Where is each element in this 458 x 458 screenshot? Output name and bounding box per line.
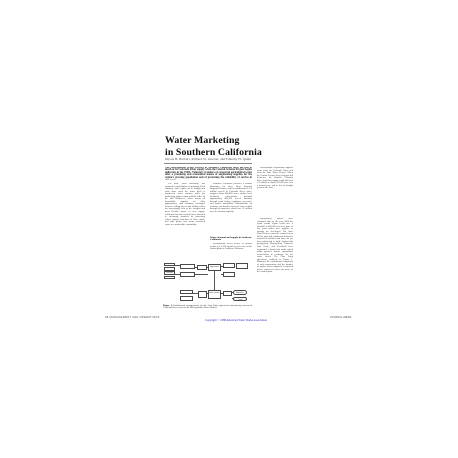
figure-box: MWD bbox=[223, 263, 235, 268]
paragraph: Independent studies have estimated that … bbox=[257, 218, 293, 274]
body-column-1: The term “water marketing” has acquired … bbox=[165, 183, 205, 257]
paragraph: Southern California provides a natural l… bbox=[210, 183, 252, 214]
journal-page: Water Marketing in Southern California M… bbox=[0, 0, 458, 458]
abstract-deck: The Metropolitan Water District of South… bbox=[165, 167, 252, 181]
footer-journal-name: JOURNAL AWWA bbox=[330, 316, 348, 319]
figure-box: USBR bbox=[197, 265, 207, 270]
figure-box: IID bbox=[223, 291, 232, 296]
figure-box: Growers bbox=[164, 267, 175, 270]
figure-box: MWD bbox=[198, 291, 207, 298]
paragraph: The term “water marketing” has acquired … bbox=[165, 183, 205, 226]
figure-box: Water users bbox=[164, 276, 175, 279]
figure-box: Trust fund bbox=[180, 296, 193, 301]
figure-box: All-American Canal bbox=[233, 297, 247, 302]
figure-box: Lessees bbox=[164, 271, 175, 274]
footer-copyright: Copyright © 1988 American Water Works As… bbox=[203, 318, 269, 322]
body-column-3-top: Metropolitan's dependable supplies come … bbox=[257, 167, 293, 217]
article-title-line1: Water Marketing bbox=[165, 135, 295, 147]
byline: Myron B. Holburt, Richard W. Atwater, an… bbox=[165, 157, 285, 161]
footer-page-section: 38 MANAGEMENT AND OPERATIONS bbox=[105, 316, 160, 319]
byline-rule bbox=[164, 163, 252, 164]
figure-box: Palo Verde landowners bbox=[164, 263, 175, 266]
figure-box: IID bbox=[223, 272, 235, 277]
figure-caption: Figure 1. Institutional arrangements for… bbox=[163, 305, 252, 311]
body-column-2-bottom: Metropolitan serves nearly 14 million pe… bbox=[210, 243, 252, 257]
figure-box: Colorado River Aqueduct bbox=[233, 290, 247, 296]
body-column-2-top: Southern California provides a natural l… bbox=[210, 183, 252, 236]
paragraph: Metropolitan's dependable supplies come … bbox=[257, 167, 293, 190]
figure-box: Four Party Agreement bbox=[208, 264, 221, 272]
figure-box: State DWR bbox=[236, 263, 248, 269]
section-heading: Water demand and supply in Southern Cali… bbox=[210, 237, 252, 242]
article-title: Water Marketing in Southern California bbox=[165, 135, 295, 158]
figure-box: Escrow agent bbox=[180, 290, 193, 294]
figure-box: CVWD bbox=[180, 272, 195, 277]
figure-box: Conserved water transfer bbox=[208, 290, 221, 299]
body-column-3-bottom: Independent studies have estimated that … bbox=[257, 218, 293, 315]
figure-caption-text: Institutional arrangements for the Four … bbox=[163, 304, 252, 310]
figure-box: PVID bbox=[180, 264, 195, 269]
paragraph: Metropolitan serves nearly 14 million pe… bbox=[210, 243, 252, 251]
figure-1-diagram: Palo Verde landownersGrowersLesseesWater… bbox=[163, 261, 253, 304]
